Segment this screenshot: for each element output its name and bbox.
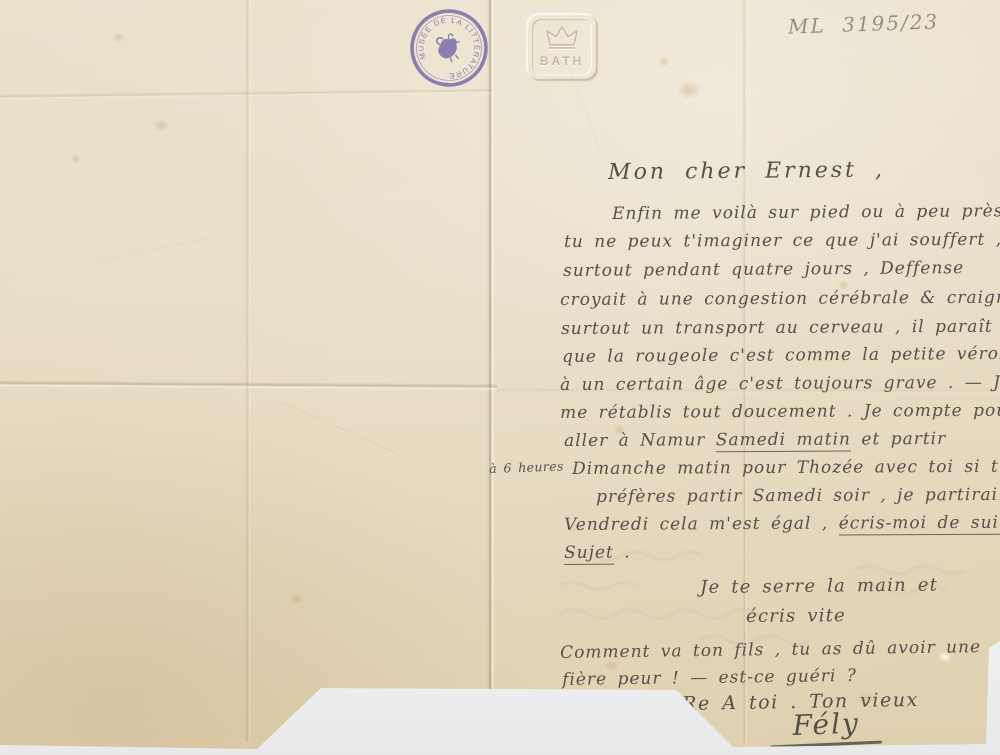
letter-line: fière peur ! — est-ce guéri ? <box>562 667 857 691</box>
line-segment: . <box>614 542 631 562</box>
seal-text-shadow: BATH <box>527 54 597 68</box>
letter-line: à un certain âge c'est toujours grave . … <box>560 374 1000 396</box>
underlined-text: écris-moi de suite à ce <box>839 512 1000 535</box>
letter-line: aller à Namur Samedi matin et partir <box>564 430 946 452</box>
museum-ink-stamp: MUSÉE DE LA LITTÉRATURE <box>394 0 505 103</box>
letter-line: me rétablis tout doucement . Je compte p… <box>560 401 1000 423</box>
signature-underline <box>770 741 882 748</box>
letter-line: surtout pendant quatre jours , Deffense <box>563 259 964 281</box>
letter-line: préfères partir Samedi soir , je partira… <box>596 486 998 508</box>
crown-icon <box>527 16 597 56</box>
signature: Fély <box>792 708 860 743</box>
paper-wrinkle <box>276 400 414 463</box>
letter-line: surtout un transport au cerveau , il par… <box>561 318 993 340</box>
line-segment: aller à Namur <box>564 430 716 451</box>
letter-line: écris vite <box>746 606 846 628</box>
underlined-text: Samedi matin <box>716 429 851 452</box>
underlined-text: Sujet <box>564 543 614 565</box>
letter-line: tu ne peux t'imaginer ce que j'ai souffe… <box>564 231 1000 253</box>
rooster-icon <box>433 30 467 65</box>
salutation: Mon cher Ernest , <box>608 158 885 186</box>
line-segment: Vendredi cela m'est égal , <box>564 514 839 535</box>
line-segment: et partir <box>851 429 946 449</box>
right-quarter-fold-crease <box>742 0 748 744</box>
center-fold-crease <box>486 0 495 746</box>
letter-line: Je te serre la main et <box>700 576 938 599</box>
letter-line: Enfin me voilà sur pied ou à peu près , <box>612 202 1000 224</box>
stain-spot <box>290 592 305 605</box>
left-quarter-fold-crease <box>245 0 251 742</box>
letter-line: Comment va ton fils , tu as dû avoir une <box>560 638 981 663</box>
letter-line: Dimanche matin pour Thozée avec toi si t… <box>572 458 1000 480</box>
paper-wrinkle <box>569 68 602 153</box>
margin-note: à 6 heures <box>489 459 564 476</box>
horizontal-fold-crease <box>0 380 497 390</box>
scanned-letter: MUSÉE DE LA LITTÉRATURE <box>0 0 1000 755</box>
stain-spot <box>112 32 125 43</box>
reference-number: ML 3195/23 <box>788 9 940 38</box>
stain-spot <box>676 80 702 100</box>
letter-line: que la rougeole c'est comme la petite vé… <box>562 345 1000 368</box>
embossed-seal: BATH BATH <box>527 14 597 80</box>
stain-spot <box>70 154 81 164</box>
letter-line: Sujet . <box>564 543 631 563</box>
stain-spot <box>658 56 670 67</box>
upper-fold-crease <box>0 88 492 100</box>
paper-wrinkle <box>91 238 209 265</box>
letter-line: Vendredi cela m'est égal , écris-moi de … <box>564 513 1000 535</box>
letter-paper: MUSÉE DE LA LITTÉRATURE <box>0 0 1000 755</box>
stain-spot <box>152 118 170 133</box>
letter-line: croyait à une congestion cérébrale & cra… <box>560 289 1000 311</box>
